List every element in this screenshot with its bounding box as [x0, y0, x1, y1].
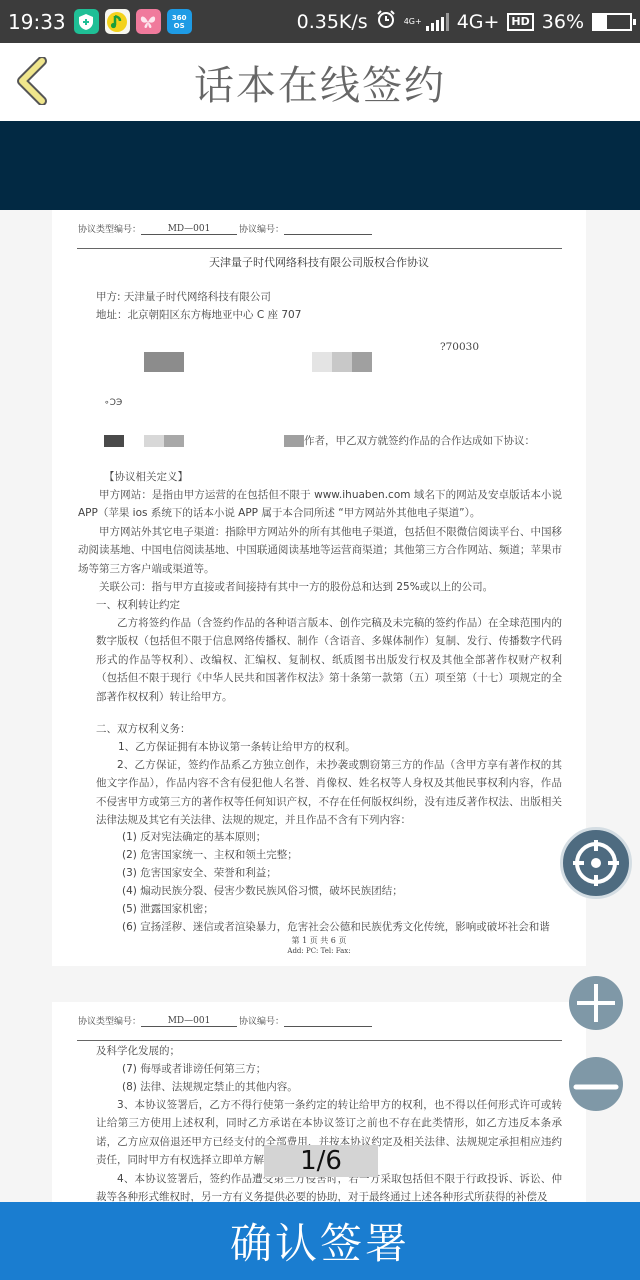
prohibited-item: (6) 宣扬淫秽、迷信或者渲染暴力，危害社会公德和民族优秀文化传统，影响或破坏社… — [122, 918, 550, 936]
header-rule — [77, 248, 562, 249]
document-title: 天津量子时代网络科技有限公司版权合作协议 — [52, 254, 586, 270]
contact-footer: Add: PC: Tel: Fax: — [52, 947, 586, 955]
redaction-block — [104, 435, 124, 447]
section-1-heading: 一、权利转让约定 — [96, 596, 180, 614]
pdf-viewer[interactable]: 协议类型编号： MD—001 协议编号： 天津量子时代网络科技有限公司版权合作协… — [0, 210, 640, 1202]
section-2-heading: 二、双方权利义务： — [96, 720, 191, 738]
360-os-icon: 360OS — [167, 9, 192, 34]
redaction-block — [352, 352, 372, 372]
page-indicator: 1/6 — [264, 1145, 378, 1177]
prohibited-item: (7) 侮辱或者诽谤任何第三方； — [122, 1060, 266, 1078]
definitions-heading: 【协议相关定义】 — [104, 468, 188, 486]
signal-strength-icon — [426, 13, 449, 31]
agreement-no-label: 协议编号： — [239, 222, 284, 235]
os-icon-label-bottom: OS — [174, 22, 185, 30]
prohibited-item: (2) 危害国家统一、主权和领土完整； — [122, 846, 298, 864]
type-code-value: MD—001 — [141, 1016, 237, 1027]
header-rule — [77, 1040, 562, 1041]
minus-icon — [569, 1057, 623, 1111]
status-time: 19:33 — [8, 10, 66, 34]
chevron-left-icon — [16, 57, 50, 105]
party-a-address: 地址：北京朝阳区东方梅地亚中心 C 座 707 — [96, 306, 301, 324]
zoom-out-button[interactable] — [569, 1057, 623, 1111]
os-icon-label-top: 360 — [172, 14, 187, 22]
redaction-block — [144, 435, 164, 447]
confirm-sign-button[interactable]: 确认签署 — [0, 1202, 640, 1280]
header-banner — [0, 121, 640, 210]
redacted-fragment: ∘ƆЭ — [104, 394, 122, 412]
qq-music-icon — [105, 9, 130, 34]
agreement-no-value — [284, 1026, 372, 1027]
page-title: 话本在线签约 — [194, 54, 446, 111]
intro-text: 作者，甲乙双方就签约作品的合作达成如下协议： — [304, 432, 535, 450]
redaction-block — [332, 352, 352, 372]
prohibited-item: (5) 泄露国家机密； — [122, 900, 214, 918]
type-code-label: 协议类型编号： — [78, 222, 141, 235]
hd-voice-icon: HD — [507, 13, 533, 31]
doc-header: 协议类型编号： MD—001 协议编号： — [78, 222, 374, 235]
prohibited-item: (4) 煽动民族分裂、侵害少数民族风俗习惯，破坏民族团结； — [122, 882, 403, 900]
network-type: 4G+ — [457, 11, 500, 33]
continuation-text: 及科学化发展的； — [96, 1042, 180, 1060]
type-code-label: 协议类型编号： — [78, 1014, 141, 1027]
data-activity-icon: 4G+ — [404, 17, 418, 26]
agreement-no-value — [284, 234, 372, 235]
redaction-block — [284, 435, 304, 447]
crosshair-target-icon — [569, 836, 623, 890]
battery-percent: 36% — [542, 11, 584, 33]
app-header: 话本在线签约 — [0, 43, 640, 121]
prohibited-item: (1) 反对宪法确定的基本原则； — [122, 828, 266, 846]
back-button[interactable] — [16, 57, 50, 105]
clause-2: 2、乙方保证，签约作品系乙方独立创作，未抄袭或剽窃第三方的作品（含甲方享有著作权… — [96, 756, 562, 830]
zoom-in-button[interactable] — [569, 976, 623, 1030]
type-code-value: MD—001 — [141, 224, 237, 235]
clause-1: 1、乙方保证拥有本协议第一条转让给甲方的权利。 — [118, 738, 356, 756]
status-bar: 19:33 360OS 0.35K/s 4G+ 4G+ HD 36% — [0, 0, 640, 43]
definition-affiliate: 关联公司：指与甲方直接或者间接持有其中一方的股份总和达到 25%或以上的公司。 — [78, 578, 562, 596]
status-indicators: 0.35K/s 4G+ 4G+ HD 36% — [297, 9, 632, 34]
prohibited-item: (8) 法律、法规规定禁止的其他内容。 — [122, 1078, 298, 1096]
alarm-icon — [376, 9, 396, 34]
page-number-footer: 第 1 页 共 6 页 — [52, 935, 586, 946]
redaction-block — [164, 435, 184, 447]
redacted-postcode: ?70030 — [440, 338, 479, 356]
plus-icon — [569, 976, 623, 1030]
doc-header: 协议类型编号： MD—001 协议编号： — [78, 1014, 374, 1027]
locate-button[interactable] — [560, 827, 632, 899]
redaction-block — [144, 352, 184, 372]
document-page-1: 协议类型编号： MD—001 协议编号： 天津量子时代网络科技有限公司版权合作协… — [52, 210, 586, 966]
definition-channels: 甲方网站外其它电子渠道：指除甲方网站外的所有其他电子渠道，包括但不限微信阅读平台… — [78, 523, 562, 578]
party-a: 甲方: 天津量子时代网络科技有限公司 — [96, 288, 271, 306]
butterfly-app-icon — [136, 9, 161, 34]
screen: 19:33 360OS 0.35K/s 4G+ 4G+ HD 36% — [0, 0, 640, 1280]
definition-site: 甲方网站：是指由甲方运营的在包括但不限于 www.ihuaben.com 域名下… — [78, 486, 562, 523]
section-1-body: 乙方将签约作品（含签约作品的各种语言版本、创作完稿及未完稿的签约作品）在全球范围… — [96, 614, 562, 706]
shield-app-icon — [74, 9, 99, 34]
network-speed: 0.35K/s — [297, 11, 368, 33]
prohibited-item: (3) 危害国家安全、荣誉和利益； — [122, 864, 277, 882]
battery-icon — [592, 13, 632, 31]
agreement-no-label: 协议编号： — [239, 1014, 284, 1027]
redaction-block — [312, 352, 332, 372]
